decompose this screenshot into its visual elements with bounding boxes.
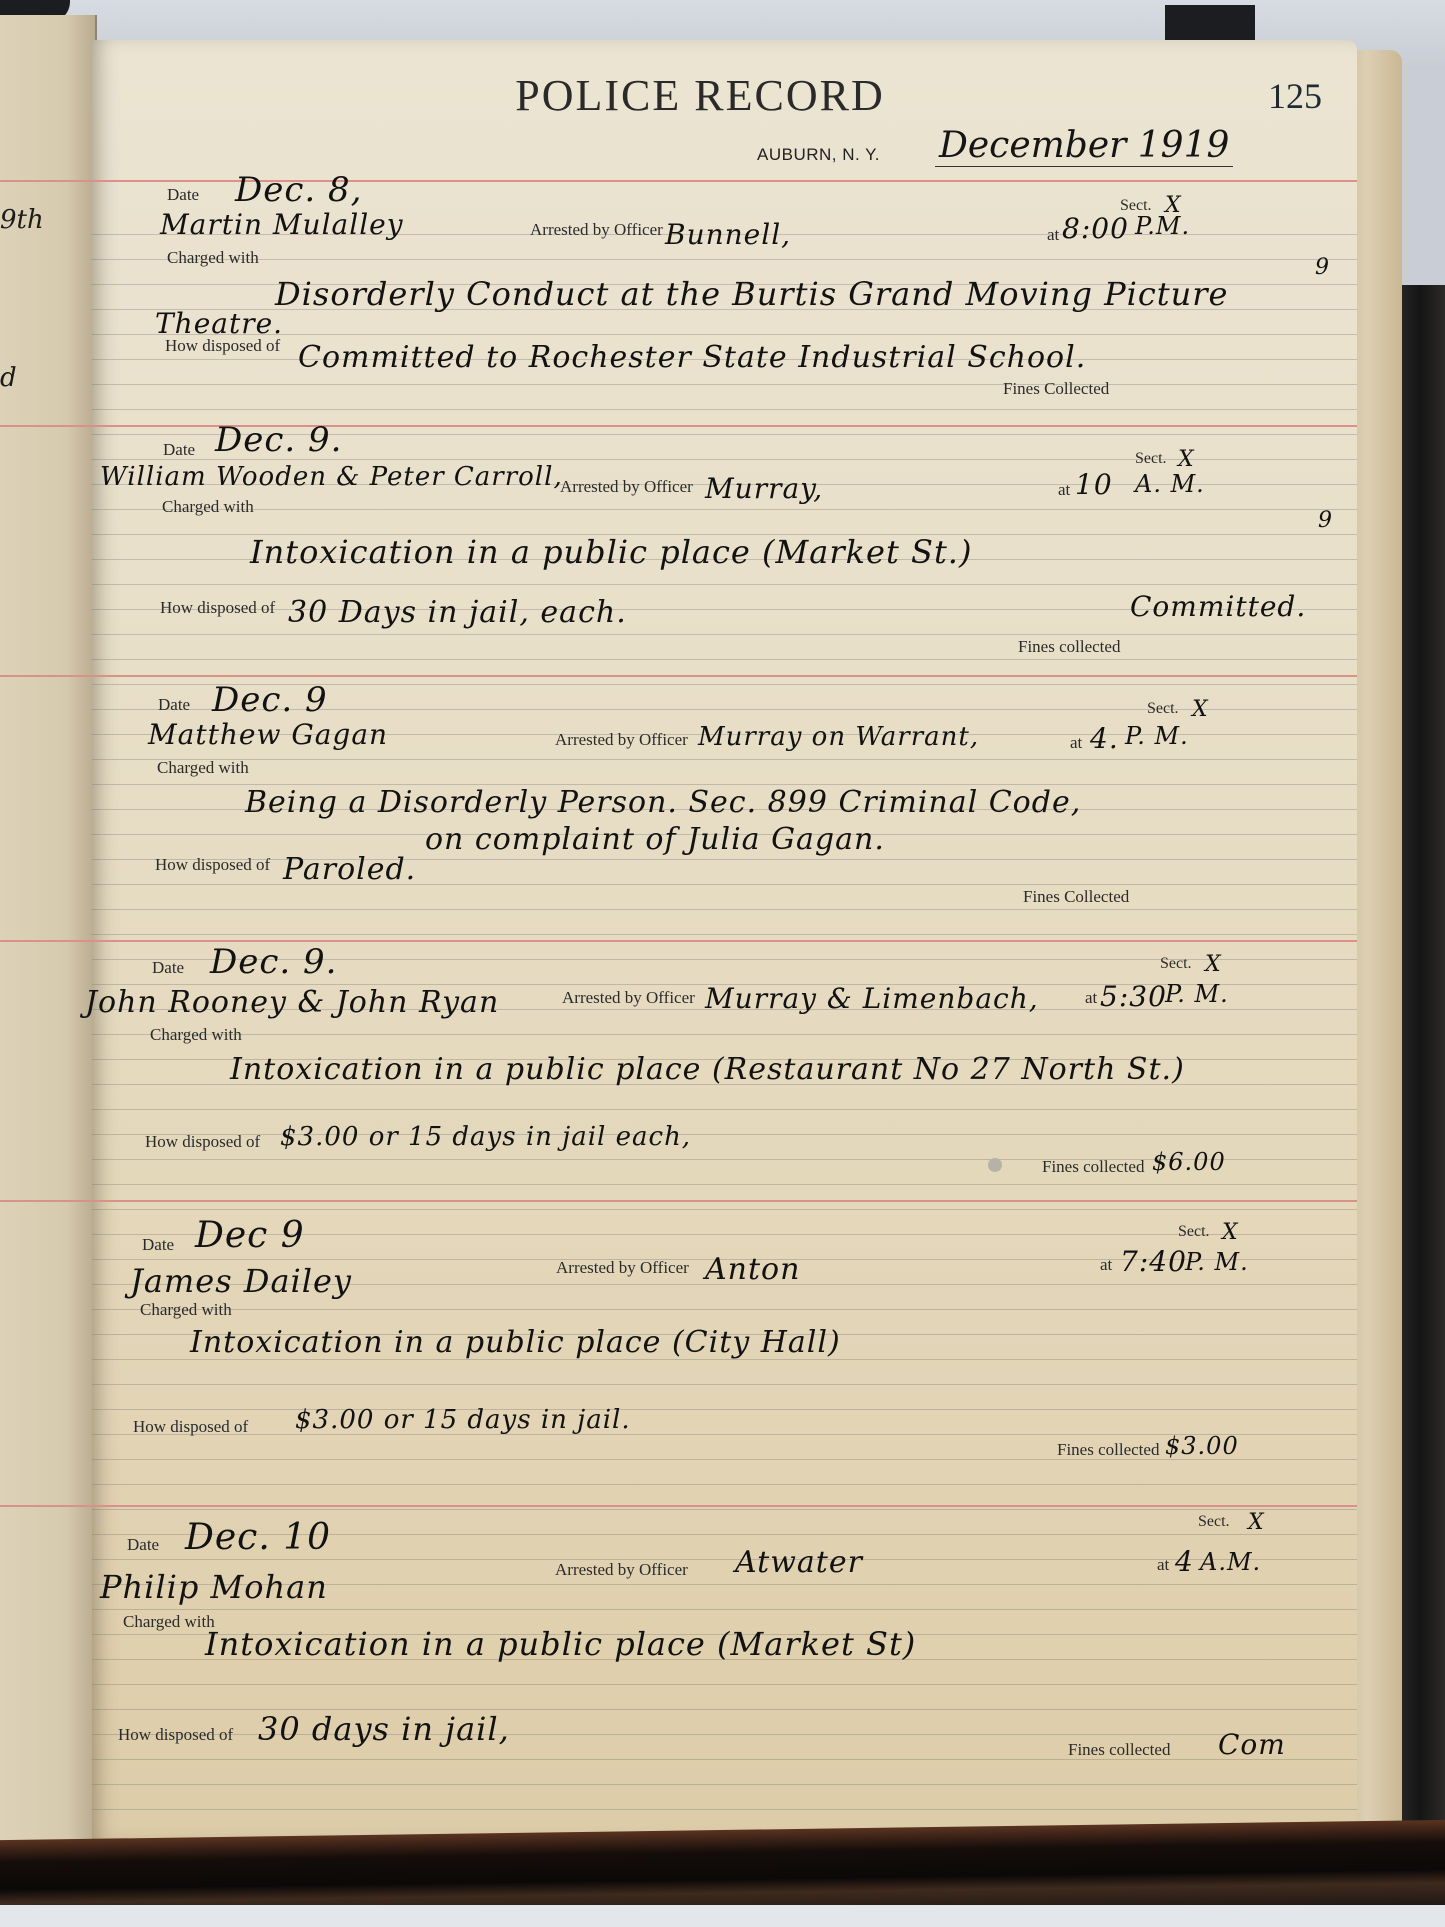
city-label: AUBURN, N. Y.	[757, 145, 880, 165]
entry-meridiem: P. M.	[1125, 722, 1189, 750]
how-disposed-label: How disposed of	[133, 1417, 248, 1437]
at-label: at	[1047, 225, 1059, 245]
entry-meridiem: A.M.	[1200, 1548, 1261, 1576]
margin-note: 9	[1318, 508, 1333, 533]
disposition-text: 30 Days in jail, each.	[288, 595, 627, 630]
charged-with-label: Charged with	[162, 497, 254, 517]
entry-time: 4.	[1090, 722, 1119, 755]
date-label: Date	[167, 185, 199, 205]
arrested-by-label: Arrested by Officer	[530, 220, 663, 240]
charged-with-label: Charged with	[157, 758, 249, 778]
at-label: at	[1070, 733, 1082, 753]
officer-name: Murray,	[705, 472, 823, 505]
sect-label: Sect.	[1135, 450, 1167, 468]
sect-label: Sect.	[1178, 1223, 1210, 1241]
book-cover-edge	[1395, 285, 1445, 1835]
month-year: December 1919	[935, 125, 1233, 167]
entry-divider	[0, 1200, 1357, 1202]
arrestee-name: James Dailey	[130, 1262, 352, 1300]
officer-name: Bunnell,	[665, 218, 791, 251]
disposition-text: Committed to Rochester State Industrial …	[298, 340, 1086, 375]
entry-time: 8:00	[1062, 212, 1129, 245]
date-label: Date	[152, 958, 184, 978]
entry-meridiem: P. M.	[1185, 1248, 1249, 1276]
sect-label: Sect.	[1198, 1513, 1230, 1531]
charge-text: Intoxication in a public place (Market S…	[205, 1625, 916, 1663]
entry-meridiem: P.M.	[1135, 212, 1190, 240]
page-number: 125	[1268, 75, 1322, 117]
entry-date: Dec. 10	[185, 1517, 331, 1558]
entry-divider	[0, 675, 1357, 677]
entry-divider	[0, 180, 1357, 182]
arrestee-name: Philip Mohan	[100, 1568, 328, 1606]
date-label: Date	[142, 1235, 174, 1255]
page-title: POLICE RECORD	[420, 70, 980, 121]
entry-sect: X	[1205, 952, 1222, 977]
paper-stain	[988, 1158, 1002, 1172]
arrestee-name: Martin Mulalley	[160, 208, 404, 241]
disposition-text: $3.00 or 15 days in jail each,	[280, 1122, 691, 1152]
entry-date: Dec. 9.	[215, 420, 342, 460]
how-disposed-label: How disposed of	[145, 1132, 260, 1152]
fines-collected-label: Fines collected	[1057, 1440, 1159, 1460]
facing-page-mark: 9th	[0, 205, 44, 235]
fines-collected-label: Fines Collected	[1003, 379, 1109, 399]
facing-page-mark: d	[0, 363, 17, 393]
fines-collected-label: Fines collected	[1018, 637, 1120, 657]
at-label: at	[1058, 480, 1070, 500]
entry-meridiem: A. M.	[1135, 470, 1205, 498]
arrested-by-label: Arrested by Officer	[560, 477, 693, 497]
charged-with-label: Charged with	[140, 1300, 232, 1320]
entry-date: Dec 9	[195, 1215, 305, 1256]
fines-text: $3.00	[1165, 1432, 1239, 1460]
fines-text: $6.00	[1152, 1148, 1226, 1176]
fines-text: Committed.	[1130, 590, 1306, 623]
disposition-text: $3.00 or 15 days in jail.	[295, 1405, 631, 1435]
charged-with-label: Charged with	[123, 1612, 215, 1632]
charge-text: Intoxication in a public place (Market S…	[250, 533, 972, 571]
entry-sect: X	[1178, 447, 1195, 472]
entry-sect: X	[1222, 1220, 1239, 1245]
charged-with-label: Charged with	[150, 1025, 242, 1045]
margin-note: 9	[1315, 255, 1330, 280]
sect-label: Sect.	[1147, 700, 1179, 718]
entry-time: 4	[1175, 1545, 1194, 1578]
date-label: Date	[127, 1535, 159, 1555]
how-disposed-label: How disposed of	[165, 336, 280, 356]
fines-collected-label: Fines Collected	[1023, 887, 1129, 907]
entry-date: Dec. 9.	[210, 942, 337, 982]
charge-text: Intoxication in a public place (Restaura…	[230, 1052, 1185, 1087]
at-label: at	[1085, 988, 1097, 1008]
at-label: at	[1100, 1255, 1112, 1275]
date-label: Date	[158, 695, 190, 715]
officer-name: Murray on Warrant,	[698, 722, 979, 752]
entry-divider	[0, 940, 1357, 942]
facing-page: 9th d	[0, 15, 97, 1845]
officer-name: Atwater	[735, 1545, 863, 1580]
arrested-by-label: Arrested by Officer	[556, 1258, 689, 1278]
sect-label: Sect.	[1160, 955, 1192, 973]
charge-text: Intoxication in a public place (City Hal…	[190, 1325, 841, 1360]
charge-text-continued: on complaint of Julia Gagan.	[425, 822, 885, 857]
fines-collected-label: Fines collected	[1068, 1740, 1170, 1760]
how-disposed-label: How disposed of	[118, 1725, 233, 1745]
date-label: Date	[163, 440, 195, 460]
charge-text: Disorderly Conduct at the Burtis Grand M…	[275, 275, 1228, 313]
entry-date: Dec. 9	[212, 680, 328, 720]
officer-name: Anton	[705, 1252, 800, 1287]
fines-collected-label: Fines collected	[1042, 1157, 1144, 1177]
arrested-by-label: Arrested by Officer	[562, 988, 695, 1008]
entry-sect: X	[1192, 697, 1209, 722]
arrestee-name: William Wooden & Peter Carroll,	[100, 462, 563, 492]
entry-divider	[0, 1505, 1357, 1507]
charge-text: Being a Disorderly Person. Sec. 899 Crim…	[245, 785, 1081, 820]
entry-time: 7:40	[1120, 1245, 1187, 1278]
entry-divider	[0, 425, 1357, 427]
how-disposed-label: How disposed of	[160, 598, 275, 618]
table-surface	[0, 1905, 1445, 1927]
at-label: at	[1157, 1555, 1169, 1575]
entry-meridiem: P. M.	[1165, 980, 1229, 1008]
officer-name: Murray & Limenbach,	[705, 982, 1039, 1015]
arrested-by-label: Arrested by Officer	[555, 730, 688, 750]
entry-time: 10	[1075, 468, 1113, 501]
fines-text: Com	[1218, 1728, 1286, 1761]
arrestee-name: Matthew Gagan	[148, 718, 388, 751]
arrestee-name: John Rooney & John Ryan	[85, 985, 499, 1020]
arrested-by-label: Arrested by Officer	[555, 1560, 688, 1580]
how-disposed-label: How disposed of	[155, 855, 270, 875]
disposition-text: 30 days in jail,	[258, 1710, 510, 1748]
entry-date: Dec. 8,	[235, 170, 362, 210]
disposition-text: Paroled.	[283, 852, 416, 887]
charged-with-label: Charged with	[167, 248, 259, 268]
entry-sect: X	[1248, 1510, 1265, 1535]
entry-time: 5:30	[1100, 980, 1167, 1013]
